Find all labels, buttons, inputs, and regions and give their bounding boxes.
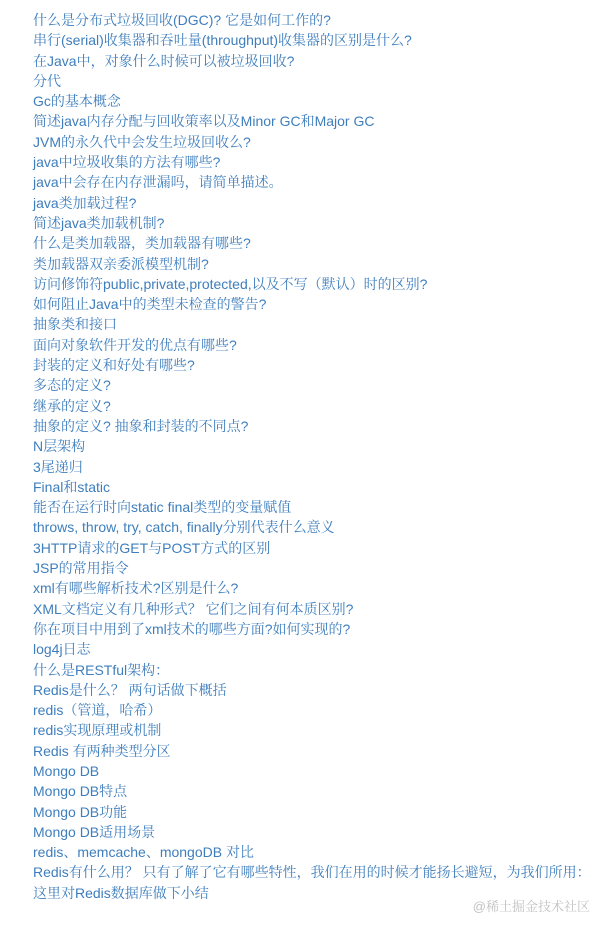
toc-item[interactable]: Redis有什么用？ 只有了解了它有哪些特性，我们在用的时候才能扬长避短，为我们… — [33, 862, 610, 882]
toc-item[interactable]: 如何阻止Java中的类型未检查的警告? — [33, 294, 610, 314]
juejin-watermark: @稀土掘金技术社区 — [473, 899, 590, 915]
article-toc-list: 什么是分布式垃圾回收(DGC)? 它是如何工作的? 串行(serial)收集器和… — [0, 0, 610, 903]
toc-item[interactable]: redis、memcache、mongoDB 对比 — [33, 842, 610, 862]
toc-item[interactable]: N层架构 — [33, 436, 610, 456]
toc-item[interactable]: JVM的永久代中会发生垃圾回收么? — [33, 132, 610, 152]
toc-item[interactable]: 类加载器双亲委派模型机制? — [33, 254, 610, 274]
toc-item[interactable]: XML文档定义有几种形式？ 它们之间有何本质区别? — [33, 599, 610, 619]
toc-item[interactable]: java类加载过程? — [33, 193, 610, 213]
toc-item[interactable]: 串行(serial)收集器和吞吐量(throughput)收集器的区别是什么? — [33, 30, 610, 50]
toc-item[interactable]: 分代 — [33, 71, 610, 91]
toc-item[interactable]: 在Java中，对象什么时候可以被垃圾回收? — [33, 51, 610, 71]
toc-item[interactable]: java中会存在内存泄漏吗，请简单描述。 — [33, 172, 610, 192]
toc-item[interactable]: Final和static — [33, 477, 610, 497]
toc-item[interactable]: 你在项目中用到了xml技术的哪些方面?如何实现的? — [33, 619, 610, 639]
toc-item[interactable]: 3HTTP请求的GET与POST方式的区别 — [33, 538, 610, 558]
toc-item[interactable]: throws, throw, try, catch, finally分别代表什么… — [33, 517, 610, 537]
toc-item[interactable]: 什么是类加载器，类加载器有哪些? — [33, 233, 610, 253]
toc-item[interactable]: 访问修饰符public,private,protected,以及不写（默认）时的… — [33, 274, 610, 294]
toc-item[interactable]: redis实现原理或机制 — [33, 720, 610, 740]
toc-item[interactable]: 多态的定义? — [33, 375, 610, 395]
toc-item[interactable]: Mongo DB功能 — [33, 802, 610, 822]
toc-item[interactable]: Mongo DB特点 — [33, 781, 610, 801]
toc-item[interactable]: 能否在运行时向static final类型的变量赋值 — [33, 497, 610, 517]
toc-item[interactable]: java中垃圾收集的方法有哪些? — [33, 152, 610, 172]
toc-item[interactable]: 简述java类加载机制? — [33, 213, 610, 233]
toc-item[interactable]: 3尾递归 — [33, 457, 610, 477]
toc-item[interactable]: Mongo DB — [33, 761, 610, 781]
toc-item[interactable]: xml有哪些解析技术?区别是什么? — [33, 578, 610, 598]
toc-item[interactable]: 什么是RESTful架构： — [33, 660, 610, 680]
toc-item[interactable]: Redis是什么？ 两句话做下概括 — [33, 680, 610, 700]
toc-item[interactable]: 封装的定义和好处有哪些? — [33, 355, 610, 375]
toc-item[interactable]: Redis 有两种类型分区 — [33, 741, 610, 761]
toc-item[interactable]: JSP的常用指令 — [33, 558, 610, 578]
toc-item[interactable]: 抽象的定义? 抽象和封装的不同点? — [33, 416, 610, 436]
toc-item[interactable]: Mongo DB适用场景 — [33, 822, 610, 842]
toc-item[interactable]: log4j日志 — [33, 639, 610, 659]
toc-item[interactable]: 继承的定义? — [33, 396, 610, 416]
toc-item[interactable]: 什么是分布式垃圾回收(DGC)? 它是如何工作的? — [33, 10, 610, 30]
toc-item[interactable]: 抽象类和接口 — [33, 314, 610, 334]
toc-item[interactable]: redis（管道，哈希） — [33, 700, 610, 720]
toc-item[interactable]: Gc的基本概念 — [33, 91, 610, 111]
toc-item[interactable]: 面向对象软件开发的优点有哪些? — [33, 335, 610, 355]
toc-item[interactable]: 简述java内存分配与回收策率以及Minor GC和Major GC — [33, 111, 610, 131]
